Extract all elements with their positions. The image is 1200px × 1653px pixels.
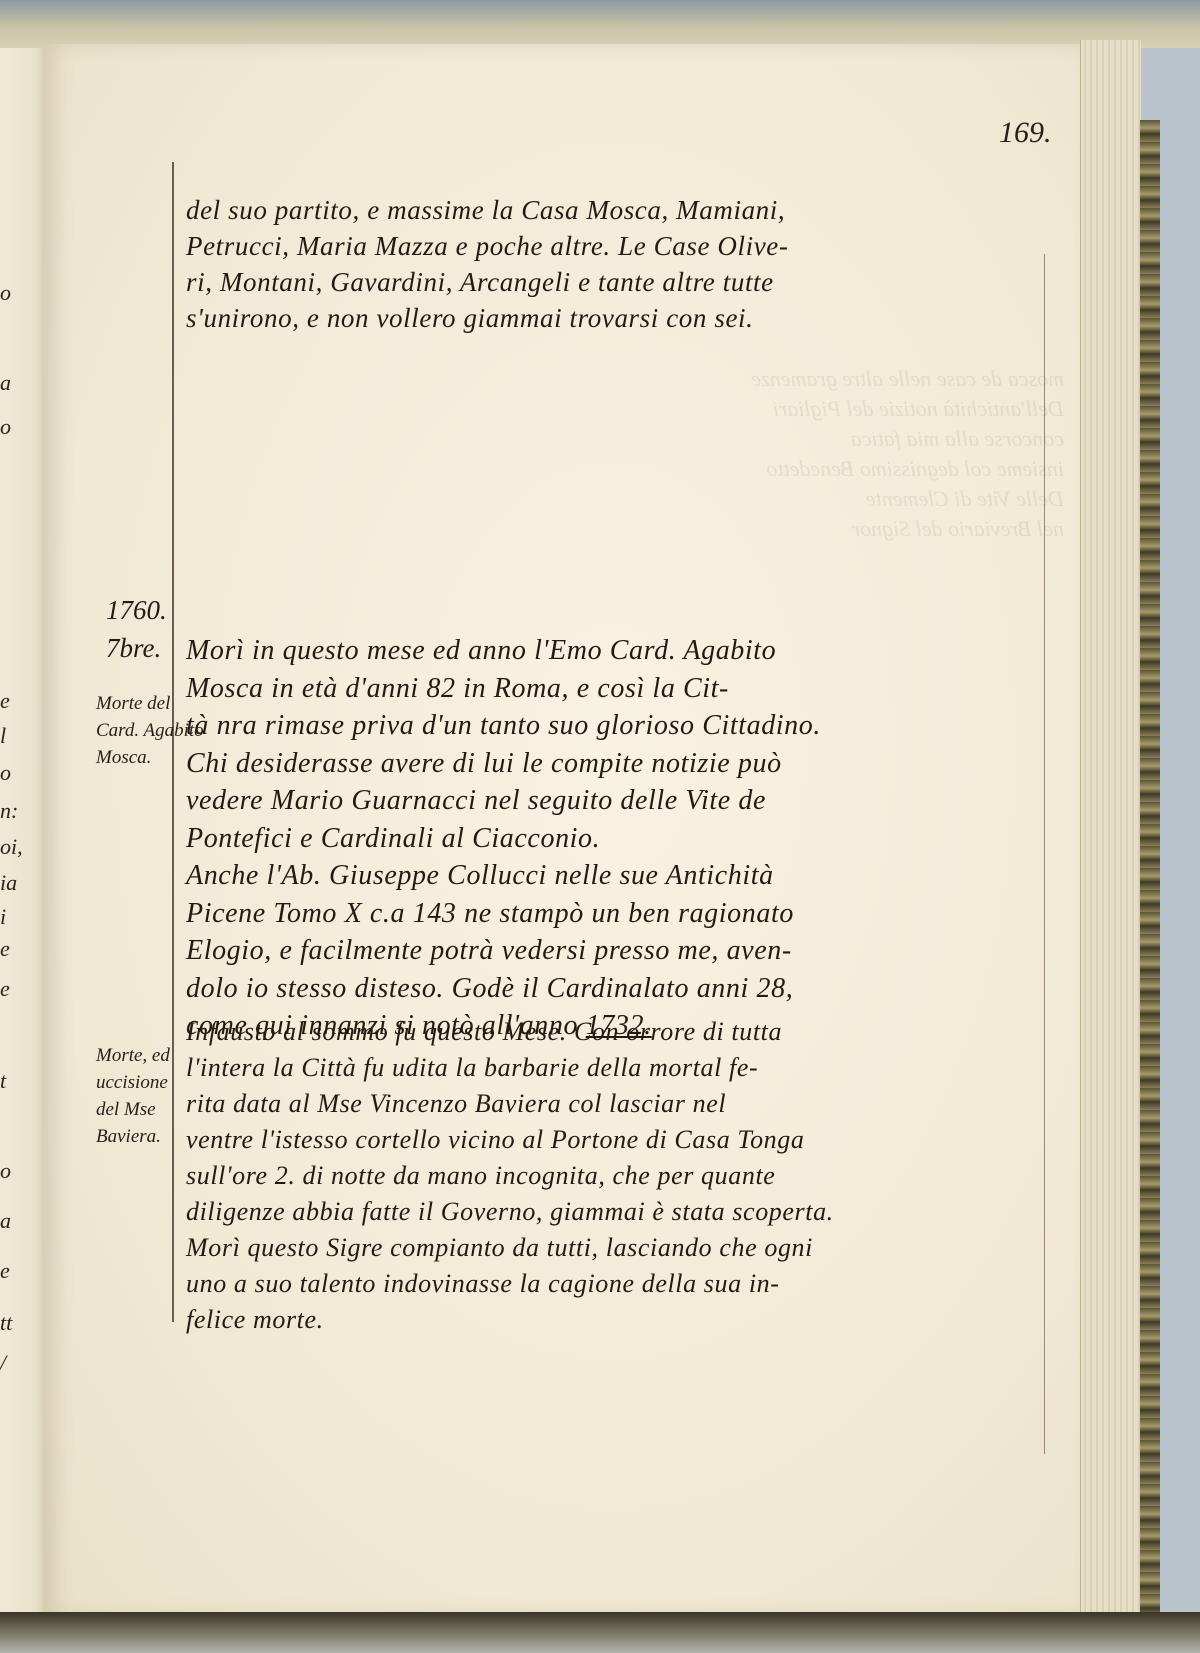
text-line: Morì questo Sigre compianto da tutti, la… <box>186 1230 1046 1266</box>
entry-marchese-baviera: Infausto al sommo fu questo Mese. Con or… <box>186 1014 1046 1338</box>
margin-date-month: 7bre. <box>106 630 161 666</box>
manuscript-page: mosca de case nelle altre gramenze Dell'… <box>44 44 1080 1616</box>
left-page-fragment: / <box>0 1350 44 1376</box>
text-line: l'intera la Città fu udita la barbarie d… <box>186 1050 1046 1086</box>
text-line: Pontefici e Cardinali al Ciacconio. <box>186 820 1046 858</box>
left-page-fragment: a <box>0 1208 44 1234</box>
left-page-fragment: o <box>0 760 44 786</box>
text-line: s'unirono, e non vollero giammai trovars… <box>186 300 1046 336</box>
left-page-fragment: ia <box>0 870 44 896</box>
left-page-edge: o a o e l o n: oi, ia i e e t o a e tt / <box>0 48 45 1616</box>
left-page-fragment: e <box>0 688 44 714</box>
text-line: ventre l'istesso cortello vicino al Port… <box>186 1122 1046 1158</box>
text-line: Infausto al sommo fu questo Mese. Con or… <box>186 1014 1046 1050</box>
left-page-fragment: oi, <box>0 834 44 860</box>
text-line: diligenze abbia fatte il Governo, giamma… <box>186 1194 1046 1230</box>
left-page-fragment: e <box>0 936 44 962</box>
left-page-fragment: e <box>0 976 44 1002</box>
bleed-through-text: mosca de case nelle altre gramenze Dell'… <box>604 364 1064 584</box>
left-page-fragment: tt <box>0 1310 44 1336</box>
marbled-cover <box>1140 120 1160 1620</box>
left-page-fragment: o <box>0 1158 44 1184</box>
text-line: rita data al Mse Vincenzo Baviera col la… <box>186 1086 1046 1122</box>
text-line: sull'ore 2. di notte da mano incognita, … <box>186 1158 1046 1194</box>
left-page-fragment: o <box>0 414 44 440</box>
text-line: del suo partito, e massime la Casa Mosca… <box>186 192 1046 228</box>
left-page-fragment: a <box>0 370 44 396</box>
continuation-paragraph: del suo partito, e massime la Casa Mosca… <box>186 192 1046 336</box>
text-line: Picene Tomo X c.a 143 ne stampò un ben r… <box>186 895 1046 933</box>
text-line: ri, Montani, Gavardini, Arcangeli e tant… <box>186 264 1046 300</box>
margin-date-year: 1760. <box>106 592 167 628</box>
text-line: dolo io stesso disteso. Godè il Cardinal… <box>186 970 1046 1008</box>
text-line: Chi desiderasse avere di lui le compite … <box>186 745 1046 783</box>
left-page-fragment: o <box>0 280 44 306</box>
left-page-fragment: l <box>0 723 44 749</box>
text-line: Anche l'Ab. Giuseppe Collucci nelle sue … <box>186 857 1046 895</box>
entry-cardinal-mosca: Morì in questo mese ed anno l'Emo Card. … <box>186 632 1046 1045</box>
text-line: vedere Mario Guarnacci nel seguito delle… <box>186 782 1046 820</box>
left-page-fragment: t <box>0 1068 44 1094</box>
book-top-edge <box>0 0 1200 48</box>
text-line: Petrucci, Maria Mazza e poche altre. Le … <box>186 228 1046 264</box>
text-line: tà nra rimase priva d'un tanto suo glori… <box>186 707 1046 745</box>
text-line: Mosca in età d'anni 82 in Roma, e così l… <box>186 670 1046 708</box>
text-line: Morì in questo mese ed anno l'Emo Card. … <box>186 632 1046 670</box>
page-number: 169. <box>999 116 1052 150</box>
left-page-fragment: n: <box>0 798 44 824</box>
left-page-fragment: e <box>0 1258 44 1284</box>
page-stack-edge <box>1080 40 1141 1620</box>
text-line: uno a suo talento indovinasse la cagione… <box>186 1266 1046 1302</box>
left-page-fragment: i <box>0 904 44 930</box>
text-line: felice morte. <box>186 1302 1046 1338</box>
text-line: Elogio, e facilmente potrà vedersi press… <box>186 932 1046 970</box>
book-bottom-edge <box>0 1612 1200 1653</box>
